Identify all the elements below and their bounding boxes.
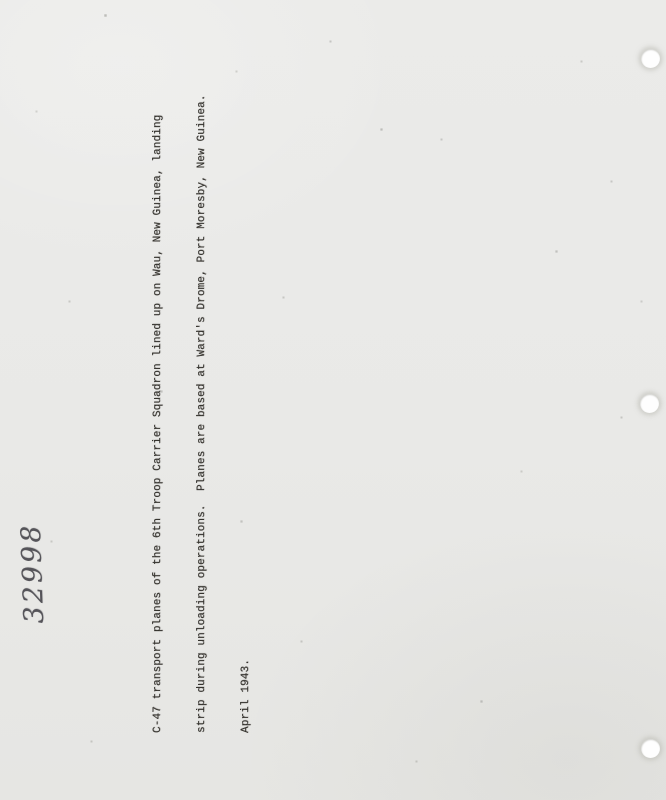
caption-line-3: April 1943. — [239, 71, 254, 733]
handwritten-photo-number: 32998 — [15, 528, 52, 624]
typed-caption: C-47 transport planes of the 6th Troop C… — [122, 71, 168, 733]
punch-hole-top — [641, 49, 660, 68]
punch-hole-middle — [640, 394, 659, 413]
scanned-photo-caption-page: C-47 transport planes of the 6th Troop C… — [0, 0, 666, 800]
punch-hole-bottom — [641, 739, 660, 758]
caption-line-2: strip during unloading operations. Plane… — [195, 71, 210, 733]
caption-line-1: C-47 transport planes of the 6th Troop C… — [151, 71, 166, 733]
